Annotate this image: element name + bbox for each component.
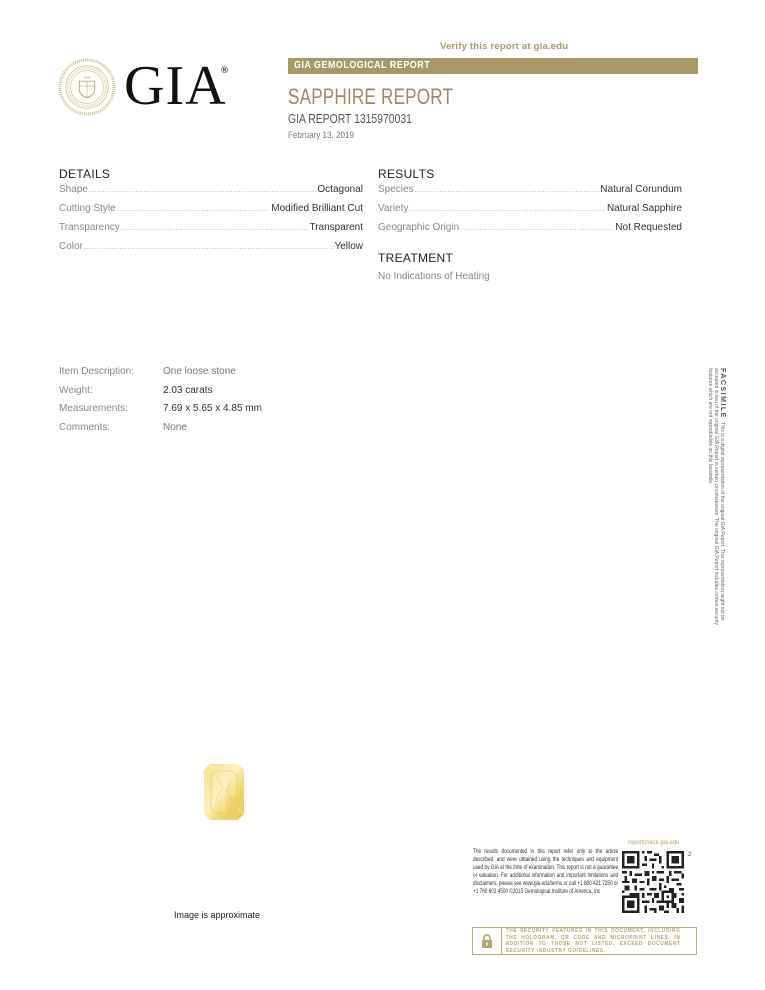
dot-leader (84, 242, 334, 251)
dot-leader (117, 204, 271, 213)
report-title: SAPPHIRE REPORT (288, 84, 453, 110)
result-label: Variety (378, 203, 408, 214)
results-row-geographic-origin: Geographic Origin Not Requested (378, 222, 682, 241)
result-label: Geographic Origin (378, 222, 459, 233)
treatment-heading: TREATMENT (378, 251, 453, 265)
report-banner: GIA GEMOLOGICAL REPORT (288, 58, 698, 74)
details-heading: DETAILS (59, 167, 110, 181)
banner-label: GIA GEMOLOGICAL REPORT (294, 59, 430, 71)
facsimile-title: FACSIMILE (719, 368, 726, 422)
details-row-color: Color Yellow (59, 241, 363, 260)
detail-label: Shape (59, 184, 88, 195)
results-list: Species Natural Corundum Variety Natural… (378, 184, 682, 241)
report-date: February 13, 2019 (288, 130, 354, 141)
reportcheck-link[interactable]: reportcheck.gia.edu (628, 839, 679, 846)
details-row-cutting-style: Cutting Style Modified Brilliant Cut (59, 203, 363, 222)
item-row-description: Item Description: One loose stone (59, 366, 262, 385)
item-label: Weight: (59, 385, 163, 404)
item-value: One loose stone (163, 366, 236, 385)
item-row-weight: Weight: 2.03 carats (59, 385, 262, 404)
dot-leader (89, 185, 316, 194)
result-label: Species (378, 184, 414, 195)
image-caption: Image is approximate (174, 910, 260, 920)
page-number: 2 (688, 852, 691, 858)
result-value: Natural Corundum (600, 184, 682, 195)
qr-code[interactable] (622, 851, 684, 913)
item-label: Item Description: (59, 366, 163, 385)
dot-leader (121, 223, 309, 232)
stone-image (203, 763, 245, 821)
security-notice: The security features in this document, … (472, 927, 697, 955)
detail-label: Transparency (59, 222, 120, 233)
dot-leader (409, 204, 606, 213)
gia-wordmark: GIA (124, 56, 227, 116)
item-value: None (163, 422, 187, 441)
details-list: Shape Octagonal Cutting Style Modified B… (59, 184, 363, 260)
treatment-text: No Indications of Heating (378, 271, 490, 282)
results-heading: RESULTS (378, 167, 435, 181)
item-row-comments: Comments: None (59, 422, 262, 441)
results-row-variety: Variety Natural Sapphire (378, 203, 682, 222)
report-number: GIA REPORT 1315970031 (288, 111, 412, 126)
dot-leader (415, 185, 600, 194)
detail-value: Octagonal (317, 184, 363, 195)
results-row-species: Species Natural Corundum (378, 184, 682, 203)
item-label: Comments: (59, 422, 163, 441)
security-text: The security features in this document, … (502, 928, 680, 954)
dot-leader (460, 223, 614, 232)
details-row-transparency: Transparency Transparent (59, 222, 363, 241)
detail-label: Color (59, 241, 83, 252)
detail-value: Yellow (334, 241, 363, 252)
disclaimer-text: The results documented in this report re… (473, 848, 618, 895)
detail-value: Modified Brilliant Cut (271, 203, 363, 214)
details-row-shape: Shape Octagonal (59, 184, 363, 203)
detail-label: Cutting Style (59, 203, 116, 214)
item-row-measurements: Measurements: 7.69 x 5.65 x 4.85 mm (59, 403, 262, 422)
result-value: Not Requested (615, 222, 682, 233)
result-value: Natural Sapphire (607, 203, 682, 214)
item-label: Measurements: (59, 403, 163, 422)
detail-value: Transparent (309, 222, 363, 233)
gia-seal-logo: GIA (58, 58, 116, 116)
item-value: 7.69 x 5.65 x 4.85 mm (163, 403, 262, 422)
registered-mark: ® (220, 66, 229, 76)
svg-text:GIA: GIA (84, 76, 91, 80)
item-info-table: Item Description: One loose stone Weight… (59, 366, 262, 440)
verify-link[interactable]: Verify this report at gia.edu (440, 41, 568, 52)
item-value: 2.03 carats (163, 385, 212, 404)
lock-icon (481, 934, 493, 948)
